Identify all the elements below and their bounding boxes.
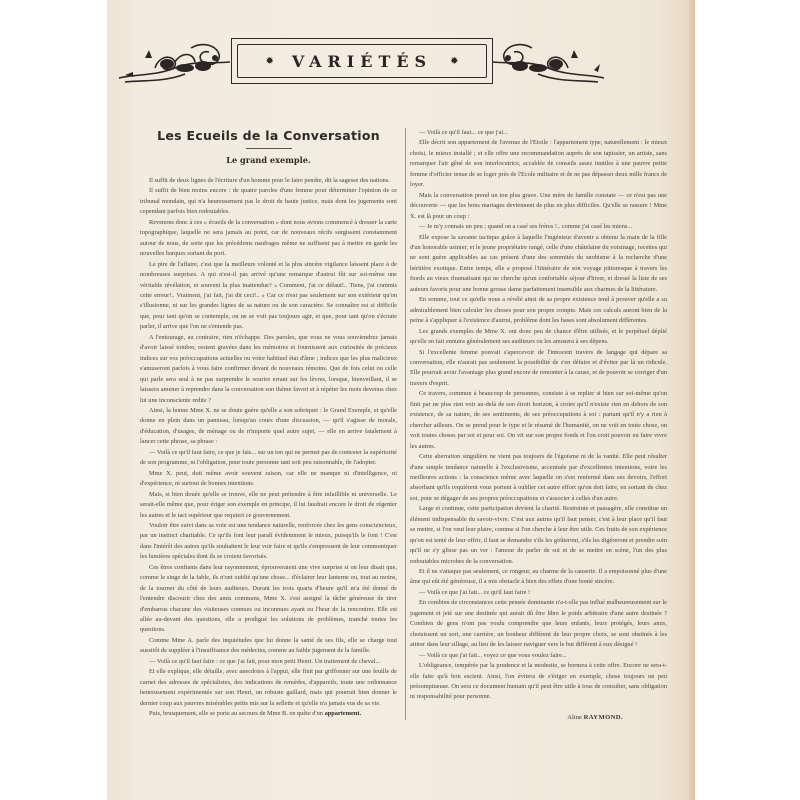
paragraph: Il suffit de bien moins encore : de quat… (140, 186, 397, 217)
star-ornament-icon: ✹ (450, 56, 458, 67)
author-first-name: Aline (567, 714, 582, 721)
author-signature: Aline RAYMOND. (410, 713, 667, 723)
paragraph: — Voilà ce qu'il faut faire : ce que j'a… (140, 657, 397, 667)
paragraph: — Voilà ce qu'il faut... ce que j'ai... (410, 128, 667, 138)
paragraph: Si l'excellente femme pouvait s'apercevo… (410, 348, 667, 390)
paragraph: — Voilà ce que j'ai fait... voyez ce que… (410, 651, 667, 661)
paragraph: Ces êtres confiants dans leur rayonnemen… (140, 563, 397, 636)
paragraph: Cette aberration singulière ne vient pas… (410, 452, 667, 504)
paragraph: Puis, brusquement, elle se porte au seco… (140, 709, 397, 719)
paragraph: Les grands exemples de Mme X. ont donc p… (410, 327, 667, 348)
paragraph: En somme, tout ce qu'elle nous a révélé … (410, 295, 667, 326)
paragraph: Le pire de l'affaire, c'est que la meill… (140, 260, 397, 333)
paragraph: — Voilà ce qu'il faut faire, ce que je f… (140, 448, 397, 469)
paragraph: Et elle explique, elle détaille, avec an… (140, 667, 397, 709)
paragraph: A l'entourage, au contraire, rien n'écha… (140, 333, 397, 406)
right-column: — Voilà ce qu'il faut... ce que j'ai...E… (410, 128, 667, 723)
paragraph: Mme X. peut, doit même avoir souvent rai… (140, 469, 397, 490)
paragraph: Ainsi, la bonne Mme X. ne se doute guère… (140, 406, 397, 448)
paragraph: Mais, si bien douée qu'elle se trouve, e… (140, 490, 397, 521)
paragraph: Et il ne s'attaque pas seulement, ce ron… (410, 567, 667, 588)
paragraph: Comme Mme A. parle des inquiétudes que l… (140, 636, 397, 657)
paragraph: — Je m'y connais un peu ; quand on a cas… (410, 222, 667, 232)
paragraph: En combien de circonstances cette pensée… (410, 598, 667, 650)
paragraph: Elle expose la savante tactique grâce à … (410, 233, 667, 296)
paragraph: Revenons donc à ces « écueils de la conv… (140, 218, 397, 260)
author-last-name: RAYMOND. (584, 714, 623, 721)
section-title-frame: ✹ VARIÉTÉS ✹ (231, 38, 493, 84)
title-divider (246, 148, 292, 149)
emphasized-word: appartement. (325, 710, 361, 717)
section-banner: ✹ VARIÉTÉS ✹ (107, 38, 695, 88)
paragraph: L'obligeance, tempérée par la prudence e… (410, 661, 667, 703)
section-title: VARIÉTÉS (292, 52, 432, 71)
column-divider (405, 128, 406, 720)
paragraph: Elle décrit son appartement de l'avenue … (410, 138, 667, 190)
left-paragraphs: Il suffit de deux lignes de l'écriture d… (140, 176, 397, 720)
paragraph: Il suffit de deux lignes de l'écriture d… (140, 176, 397, 186)
paragraph: — Voilà ce que j'ai fait... ce qu'il fau… (410, 588, 667, 598)
article-subtitle: Le grand exemple. (140, 155, 397, 166)
newspaper-page: ✹ VARIÉTÉS ✹ Les Ecueils de la Co (107, 0, 695, 800)
paragraph: Mais la conversation prend un ton plus g… (410, 191, 667, 222)
left-column: Les Ecueils de la Conversation Le grand … (140, 124, 397, 720)
paragraph: Large et continue, cette participation d… (410, 504, 667, 567)
floral-ornament-icon (493, 38, 608, 86)
paragraph: Vouloir être suivi dans sa voie est une … (140, 521, 397, 563)
star-ornament-icon: ✹ (266, 56, 274, 67)
paragraph: Ce travers, commun à beaucoup de personn… (410, 389, 667, 452)
right-paragraphs: — Voilà ce qu'il faut... ce que j'ai...E… (410, 128, 667, 703)
floral-ornament-icon (115, 38, 230, 86)
article-title: Les Ecueils de la Conversation (140, 128, 397, 144)
